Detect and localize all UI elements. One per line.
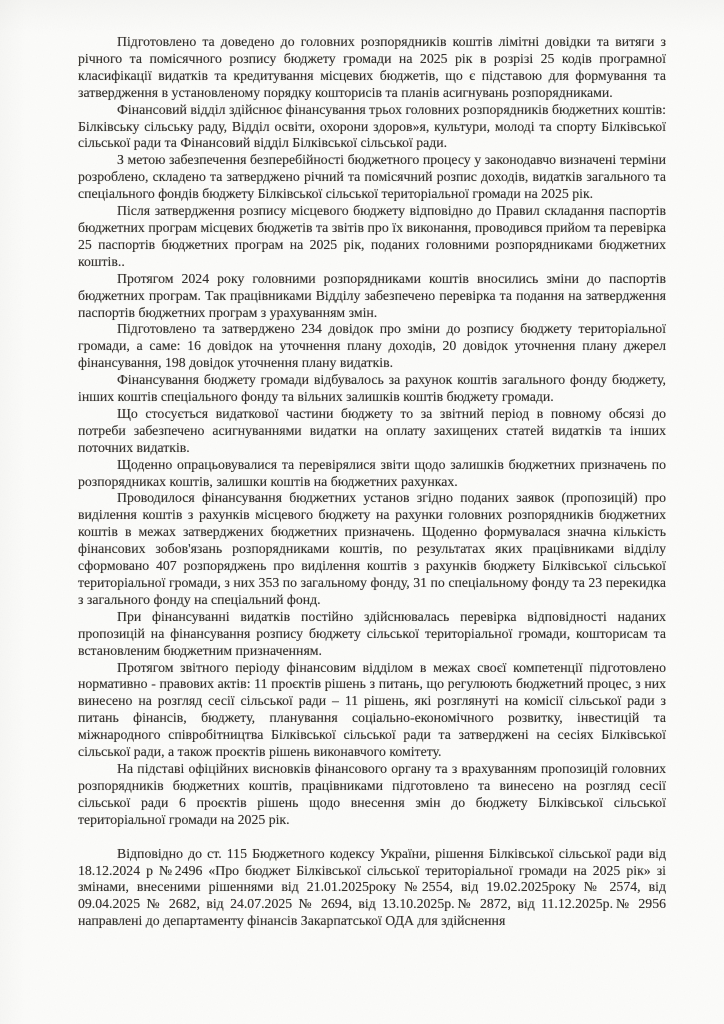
paragraph: Фінансовий відділ здійснює фінансування … [78,102,666,153]
paragraph: Протягом 2024 року головними розпорядник… [78,271,666,322]
paragraph: Підготовлено та доведено до головних роз… [78,34,666,102]
paragraph: Щоденно опрацьовувалися та перевірялися … [78,457,666,491]
document-page: Підготовлено та доведено до головних роз… [0,0,724,1024]
paragraph: Фінансування бюджету громади відбувалось… [78,372,666,406]
paragraph: На підставі офіційних висновків фінансов… [78,761,666,829]
scanned-document: { "document": { "kind": "scanned-report-… [0,0,724,1024]
paragraph: Проводилося фінансування бюджетних устан… [78,490,666,608]
paragraph: Після затвердження розпису місцевого бюд… [78,203,666,271]
paragraph: Протягом звітного періоду фінансовим від… [78,660,666,761]
paragraph: Підготовлено та затверджено 234 довідок … [78,321,666,372]
paragraph: З метою забезпечення безперебійності бюд… [78,152,666,203]
paragraph: Що стосується видаткової частини бюджету… [78,406,666,457]
paragraph: При фінансуванні видатків постійно здійс… [78,609,666,660]
paragraph: Відповідно до ст. 115 Бюджетного кодексу… [78,846,666,931]
document-text-block: Підготовлено та доведено до головних роз… [78,34,666,930]
